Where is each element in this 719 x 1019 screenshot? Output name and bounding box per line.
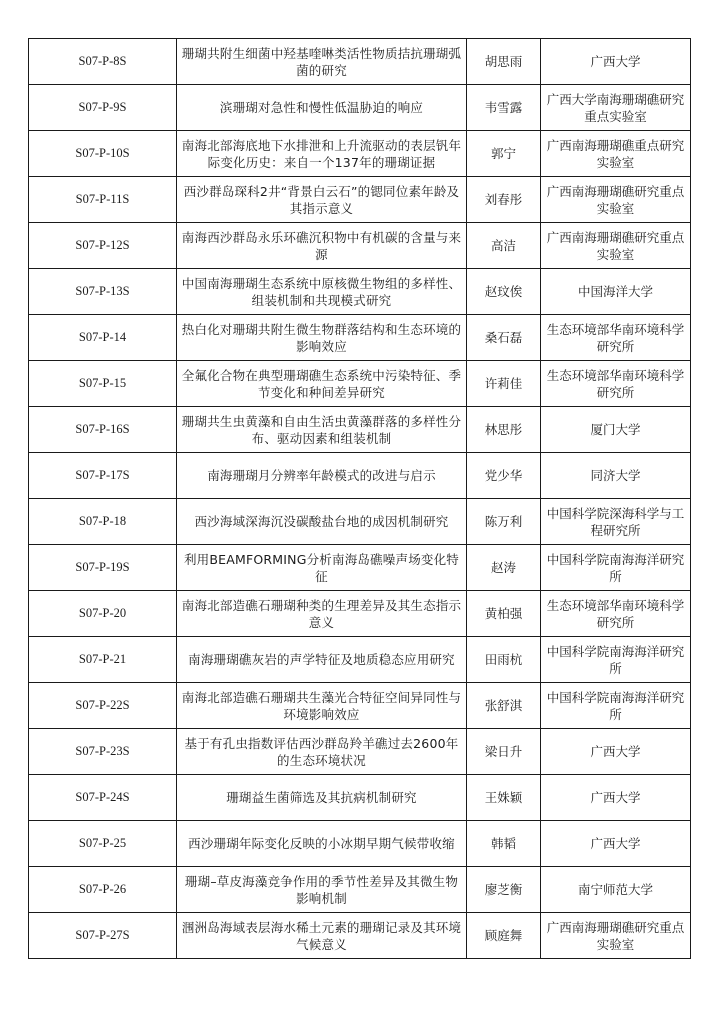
poster-institution: 中国科学院深海科学与工程研究所	[541, 499, 691, 545]
poster-institution: 南宁师范大学	[541, 867, 691, 913]
poster-author: 韦雪露	[467, 85, 541, 131]
poster-title: 滨珊瑚对急性和慢性低温胁迫的响应	[177, 85, 467, 131]
document-page: S07-P-8S 珊瑚共附生细菌中羟基喹啉类活性物质拮抗珊瑚弧菌的研究 胡思雨 …	[0, 0, 719, 1019]
table-body: S07-P-8S 珊瑚共附生细菌中羟基喹啉类活性物质拮抗珊瑚弧菌的研究 胡思雨 …	[29, 39, 691, 959]
poster-institution: 广西南海珊瑚礁研究重点实验室	[541, 177, 691, 223]
table-row: S07-P-21 南海珊瑚礁灰岩的声学特征及地质稳态应用研究 田雨杭 中国科学院…	[29, 637, 691, 683]
poster-title: 珊瑚共生虫黄藻和自由生活虫黄藻群落的多样性分布、驱动因素和组装机制	[177, 407, 467, 453]
poster-id: S07-P-14	[29, 315, 177, 361]
poster-title: 南海珊瑚月分辨率年龄模式的改进与启示	[177, 453, 467, 499]
poster-institution: 生态环境部华南环境科学研究所	[541, 361, 691, 407]
poster-institution: 广西大学	[541, 821, 691, 867]
poster-author: 郭宁	[467, 131, 541, 177]
poster-institution: 生态环境部华南环境科学研究所	[541, 315, 691, 361]
poster-id: S07-P-16S	[29, 407, 177, 453]
poster-id: S07-P-8S	[29, 39, 177, 85]
poster-institution: 中国科学院南海海洋研究所	[541, 637, 691, 683]
poster-author: 梁日升	[467, 729, 541, 775]
poster-author: 韩韬	[467, 821, 541, 867]
poster-title: 涠洲岛海域表层海水稀土元素的珊瑚记录及其环境气候意义	[177, 913, 467, 959]
poster-id: S07-P-12S	[29, 223, 177, 269]
table-row: S07-P-12S 南海西沙群岛永乐环礁沉积物中有机碳的含量与来源 高洁 广西南…	[29, 223, 691, 269]
poster-id: S07-P-21	[29, 637, 177, 683]
poster-institution: 中国科学院南海海洋研究所	[541, 683, 691, 729]
table-row: S07-P-23S 基于有孔虫指数评估西沙群岛羚羊礁过去2600年的生态环境状况…	[29, 729, 691, 775]
poster-institution: 广西大学	[541, 39, 691, 85]
poster-id: S07-P-15	[29, 361, 177, 407]
poster-title: 南海西沙群岛永乐环礁沉积物中有机碳的含量与来源	[177, 223, 467, 269]
poster-schedule-table: S07-P-8S 珊瑚共附生细菌中羟基喹啉类活性物质拮抗珊瑚弧菌的研究 胡思雨 …	[28, 38, 691, 959]
poster-author: 高洁	[467, 223, 541, 269]
poster-author: 刘春彤	[467, 177, 541, 223]
poster-author: 林思彤	[467, 407, 541, 453]
poster-author: 廖芝衡	[467, 867, 541, 913]
poster-id: S07-P-18	[29, 499, 177, 545]
poster-title: 中国南海珊瑚生态系统中原核微生物组的多样性、组装机制和共现模式研究	[177, 269, 467, 315]
poster-title: 珊瑚益生菌筛选及其抗病机制研究	[177, 775, 467, 821]
poster-title: 全氟化合物在典型珊瑚礁生态系统中污染特征、季节变化和种间差异研究	[177, 361, 467, 407]
table-row: S07-P-19S 利用BEAMFORMING分析南海岛礁噪声场变化特征 赵涛 …	[29, 545, 691, 591]
poster-title: 热白化对珊瑚共附生微生物群落结构和生态环境的影响效应	[177, 315, 467, 361]
poster-title: 西沙珊瑚年际变化反映的小冰期早期气候带收缩	[177, 821, 467, 867]
poster-author: 许莉佳	[467, 361, 541, 407]
poster-title: 珊瑚共附生细菌中羟基喹啉类活性物质拮抗珊瑚弧菌的研究	[177, 39, 467, 85]
poster-id: S07-P-9S	[29, 85, 177, 131]
table-row: S07-P-11S 西沙群岛琛科2井“背景白云石”的锶同位素年龄及其指示意义 刘…	[29, 177, 691, 223]
poster-id: S07-P-19S	[29, 545, 177, 591]
table-row: S07-P-25 西沙珊瑚年际变化反映的小冰期早期气候带收缩 韩韬 广西大学	[29, 821, 691, 867]
poster-id: S07-P-10S	[29, 131, 177, 177]
poster-author: 黄柏强	[467, 591, 541, 637]
poster-id: S07-P-11S	[29, 177, 177, 223]
poster-id: S07-P-20	[29, 591, 177, 637]
poster-id: S07-P-23S	[29, 729, 177, 775]
table-row: S07-P-13S 中国南海珊瑚生态系统中原核微生物组的多样性、组装机制和共现模…	[29, 269, 691, 315]
table-row: S07-P-14 热白化对珊瑚共附生微生物群落结构和生态环境的影响效应 桑石磊 …	[29, 315, 691, 361]
poster-institution: 广西大学南海珊瑚礁研究重点实验室	[541, 85, 691, 131]
table-row: S07-P-10S 南海北部海底地下水排泄和上升流驱动的表层钒年际变化历史：来自…	[29, 131, 691, 177]
poster-institution: 广西南海珊瑚礁研究重点实验室	[541, 223, 691, 269]
poster-id: S07-P-17S	[29, 453, 177, 499]
poster-author: 田雨杭	[467, 637, 541, 683]
poster-institution: 生态环境部华南环境科学研究所	[541, 591, 691, 637]
poster-id: S07-P-13S	[29, 269, 177, 315]
poster-author: 陈万利	[467, 499, 541, 545]
poster-institution: 广西南海珊瑚礁重点研究实验室	[541, 131, 691, 177]
poster-title: 基于有孔虫指数评估西沙群岛羚羊礁过去2600年的生态环境状况	[177, 729, 467, 775]
poster-author: 党少华	[467, 453, 541, 499]
poster-title: 西沙海域深海沉没碳酸盐台地的成因机制研究	[177, 499, 467, 545]
table-row: S07-P-26 珊瑚–草皮海藻竞争作用的季节性差异及其微生物影响机制 廖芝衡 …	[29, 867, 691, 913]
poster-id: S07-P-25	[29, 821, 177, 867]
poster-id: S07-P-22S	[29, 683, 177, 729]
table-row: S07-P-24S 珊瑚益生菌筛选及其抗病机制研究 王姝颖 广西大学	[29, 775, 691, 821]
poster-author: 顾庭舞	[467, 913, 541, 959]
table-row: S07-P-8S 珊瑚共附生细菌中羟基喹啉类活性物质拮抗珊瑚弧菌的研究 胡思雨 …	[29, 39, 691, 85]
poster-institution: 广西大学	[541, 775, 691, 821]
poster-institution: 同济大学	[541, 453, 691, 499]
table-row: S07-P-15 全氟化合物在典型珊瑚礁生态系统中污染特征、季节变化和种间差异研…	[29, 361, 691, 407]
poster-id: S07-P-26	[29, 867, 177, 913]
poster-title: 珊瑚–草皮海藻竞争作用的季节性差异及其微生物影响机制	[177, 867, 467, 913]
table-row: S07-P-27S 涠洲岛海域表层海水稀土元素的珊瑚记录及其环境气候意义 顾庭舞…	[29, 913, 691, 959]
poster-institution: 厦门大学	[541, 407, 691, 453]
poster-institution: 广西大学	[541, 729, 691, 775]
poster-author: 赵涛	[467, 545, 541, 591]
poster-title: 南海北部造礁石珊瑚共生藻光合特征空间异同性与环境影响效应	[177, 683, 467, 729]
poster-institution: 中国科学院南海海洋研究所	[541, 545, 691, 591]
table-row: S07-P-17S 南海珊瑚月分辨率年龄模式的改进与启示 党少华 同济大学	[29, 453, 691, 499]
table-row: S07-P-20 南海北部造礁石珊瑚种类的生理差异及其生态指示意义 黄柏强 生态…	[29, 591, 691, 637]
table-row: S07-P-18 西沙海域深海沉没碳酸盐台地的成因机制研究 陈万利 中国科学院深…	[29, 499, 691, 545]
poster-id: S07-P-24S	[29, 775, 177, 821]
poster-author: 赵玟俟	[467, 269, 541, 315]
poster-author: 王姝颖	[467, 775, 541, 821]
poster-title: 南海北部海底地下水排泄和上升流驱动的表层钒年际变化历史：来自一个137年的珊瑚证…	[177, 131, 467, 177]
poster-institution: 广西南海珊瑚礁研究重点实验室	[541, 913, 691, 959]
poster-author: 胡思雨	[467, 39, 541, 85]
poster-title: 利用BEAMFORMING分析南海岛礁噪声场变化特征	[177, 545, 467, 591]
poster-author: 张舒淇	[467, 683, 541, 729]
table-row: S07-P-9S 滨珊瑚对急性和慢性低温胁迫的响应 韦雪露 广西大学南海珊瑚礁研…	[29, 85, 691, 131]
poster-title: 西沙群岛琛科2井“背景白云石”的锶同位素年龄及其指示意义	[177, 177, 467, 223]
table-row: S07-P-22S 南海北部造礁石珊瑚共生藻光合特征空间异同性与环境影响效应 张…	[29, 683, 691, 729]
poster-id: S07-P-27S	[29, 913, 177, 959]
poster-title: 南海北部造礁石珊瑚种类的生理差异及其生态指示意义	[177, 591, 467, 637]
poster-author: 桑石磊	[467, 315, 541, 361]
poster-title: 南海珊瑚礁灰岩的声学特征及地质稳态应用研究	[177, 637, 467, 683]
table-row: S07-P-16S 珊瑚共生虫黄藻和自由生活虫黄藻群落的多样性分布、驱动因素和组…	[29, 407, 691, 453]
poster-institution: 中国海洋大学	[541, 269, 691, 315]
